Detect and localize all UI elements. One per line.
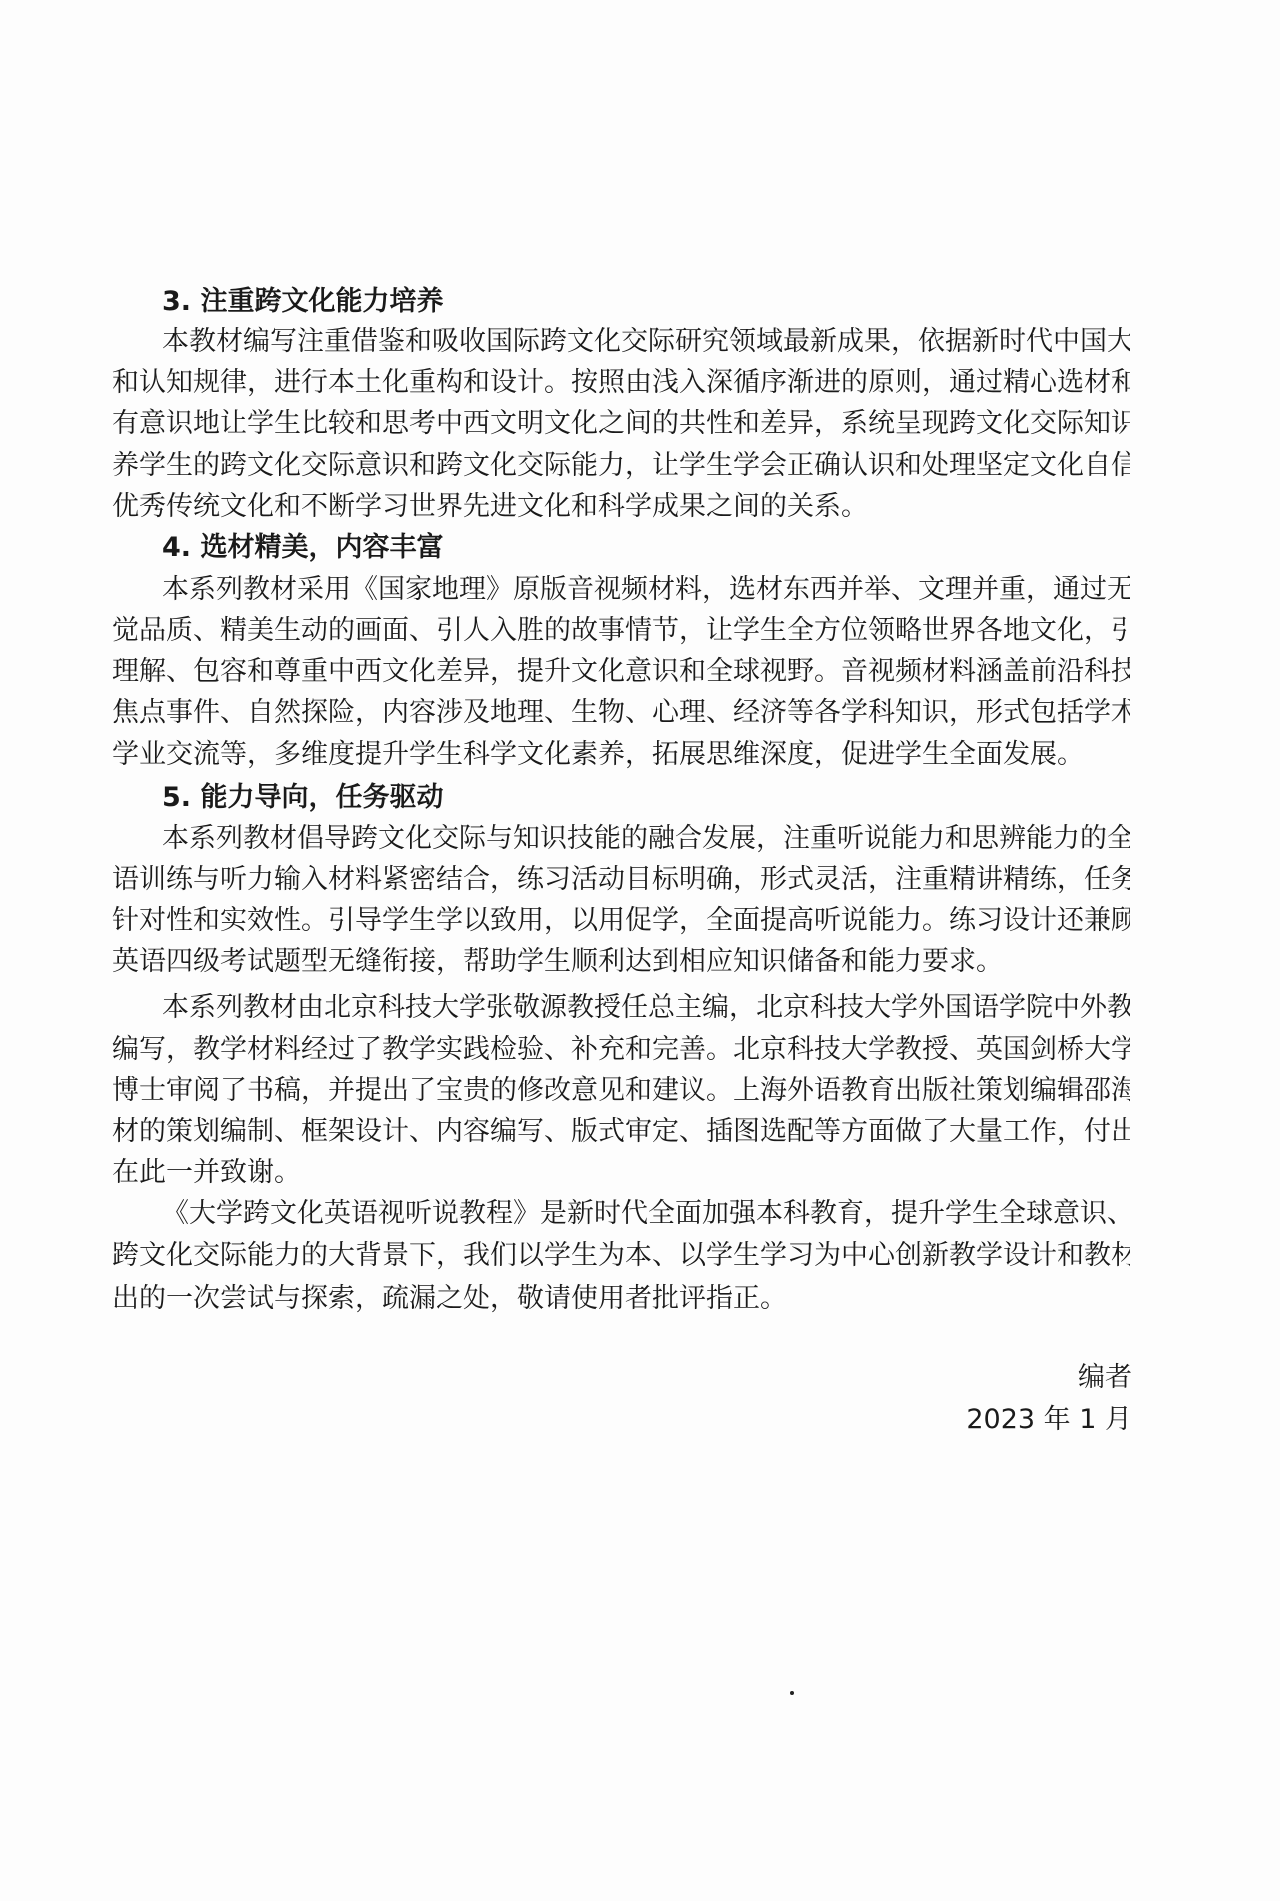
section-4-heading: 4. 选材精美，内容丰富 [162, 528, 443, 568]
document-page: 3. 注重跨文化能力培养 本教材编写注重借鉴和吸收国际跨文化交际研究领域最新成果… [0, 0, 1280, 1901]
acknowledgement-line: 本系列教材由北京科技大学张敬源教授任总主编，北京科技大学外国语学院中外教师团队合… [162, 988, 1130, 1028]
section-3-line: 养学生的跨文化交际意识和跨文化交际能力，让学生学会正确认识和处理坚定文化自信、弘… [112, 446, 1130, 486]
section-5-heading: 5. 能力导向，任务驱动 [162, 778, 443, 818]
section-3-line: 本教材编写注重借鉴和吸收国际跨文化交际研究领域最新成果，依据新时代中国大学生的学… [162, 322, 1130, 362]
acknowledgement-line: 材的策划编制、框架设计、内容编写、版式审定、插图选配等方面做了大量工作，付出了辛… [112, 1112, 1130, 1152]
section-4-line: 本系列教材采用《国家地理》原版音视频材料，选材东西并举、文理并重，通过无与伦比的… [162, 570, 1130, 610]
acknowledgement-line: 博士审阅了书稿，并提出了宝贵的修改意见和建议。上海外语教育出版社策划编辑邵海华老… [112, 1071, 1130, 1111]
section-3-heading: 3. 注重跨文化能力培养 [162, 282, 443, 322]
acknowledgement-line: 在此一并致谢。 [112, 1153, 1130, 1193]
section-5-line: 本系列教材倡导跨文化交际与知识技能的融合发展，注重听说能力和思辨能力的全面提升。… [162, 819, 1130, 859]
closing-line: 出的一次尝试与探索，疏漏之处，敬请使用者批评指正。 [112, 1279, 1130, 1319]
section-4-line: 焦点事件、自然探险，内容涉及地理、生物、心理、经济等各学科知识，形式包括学术讲座… [112, 693, 1130, 733]
signature-author: 编者 [1078, 1358, 1132, 1398]
section-3-line: 有意识地让学生比较和思考中西文明文化之间的共性和差异，系统呈现跨文化交际知识和技… [112, 404, 1130, 444]
signature-date: 2023 年 1 月 [966, 1400, 1132, 1440]
section-5-line: 英语四级考试题型无缝衔接，帮助学生顺利达到相应知识储备和能力要求。 [112, 942, 1130, 982]
section-3-line: 优秀传统文化和不断学习世界先进文化和科学成果之间的关系。 [112, 487, 1130, 527]
acknowledgement-line: 编写，教学材料经过了教学实践检验、补充和完善。北京科技大学教授、英国剑桥大学 M… [112, 1030, 1130, 1070]
section-5-line: 语训练与听力输入材料紧密结合，练习活动目标明确，形式灵活，注重精讲精练，任务驱动… [112, 860, 1130, 900]
section-4-line: 学业交流等，多维度提升学生科学文化素养，拓展思维深度，促进学生全面发展。 [112, 735, 1130, 775]
section-5-line: 针对性和实效性。引导学生学以致用，以用促学，全面提高听说能力。练习设计还兼顾与全… [112, 901, 1130, 941]
closing-line: 跨文化交际能力的大背景下，我们以学生为本、以学生学习为中心创新教学设计和教材建设… [112, 1236, 1130, 1276]
closing-line: 《大学跨文化英语视听说教程》是新时代全面加强本科教育，提升学生全球意识、国际视野… [162, 1194, 1130, 1234]
section-3-line: 和认知规律，进行本土化重构和设计。按照由浅入深循序渐进的原则，通过精心选材和任务… [112, 363, 1130, 403]
scan-dot [790, 1691, 794, 1695]
section-4-line: 觉品质、精美生动的画面、引人入胜的故事情节，让学生全方位领略世界各地文化，引导学… [112, 611, 1130, 651]
section-4-line: 理解、包容和尊重中西文化差异，提升文化意识和全球视野。音视频材料涵盖前沿科技、历… [112, 652, 1130, 692]
